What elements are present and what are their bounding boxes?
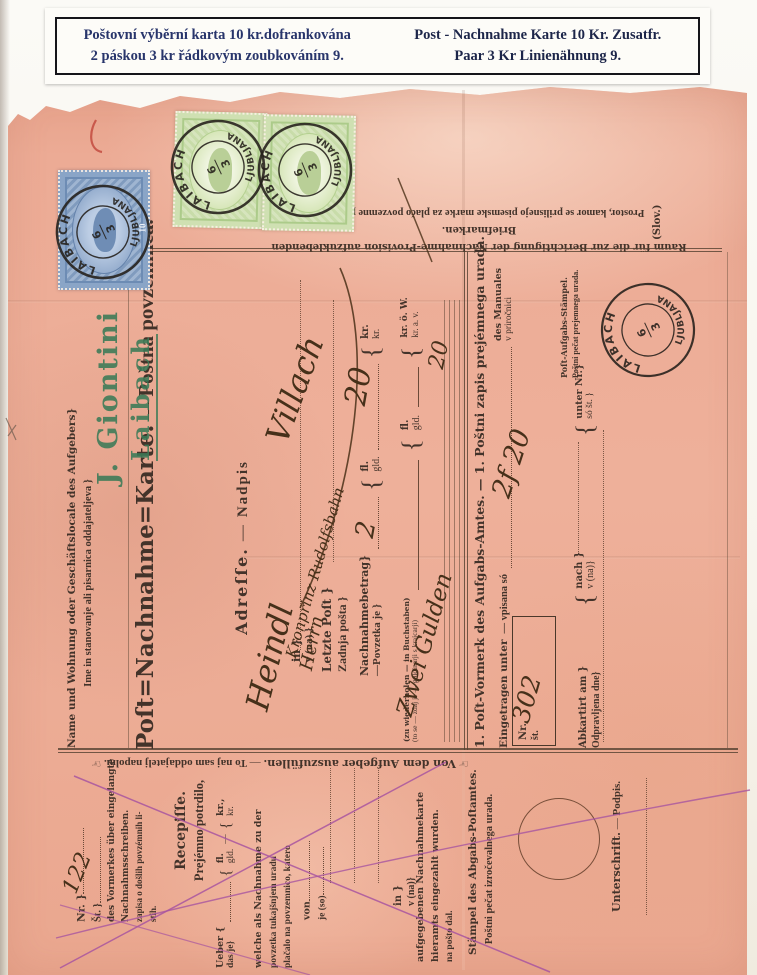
amount-dash: — (221, 834, 231, 844)
vormerk-line4: stih. (147, 760, 161, 922)
amount-label: Nachnahmebetrag} —Povzetka je } (359, 555, 383, 676)
open-brace: { (217, 869, 235, 876)
collector-label: Poštovní výběrní karta 10 kr.dofrankován… (45, 8, 710, 84)
top-rule-1 (128, 248, 722, 249)
signature-dash: — (611, 818, 623, 829)
abkartirt-german: Abkartirt am } (578, 626, 591, 748)
receipt-kr: kr., (216, 799, 226, 816)
receipt-nr-slovene: Št. } (93, 903, 104, 922)
florin2-de: fl. (400, 415, 411, 430)
section-rule-2 (58, 752, 738, 753)
amount-figures-row: Nachnahmebetrag} —Povzetka je } { fl. gl… (356, 256, 386, 676)
receipt-dotted-1 (330, 768, 331, 883)
receipt-nr-german: Nr. } (75, 894, 87, 922)
von-label: von je (so) (300, 810, 330, 920)
von-slovene: je (so) (317, 895, 327, 920)
column-separator-1 (464, 252, 465, 750)
welche-line1: welche als Nachnahme zu der (252, 740, 267, 968)
florin-de: fl. (360, 456, 371, 471)
entered-german: Eingetragen unter (498, 640, 510, 748)
ueber-slovene: das je} (226, 927, 236, 968)
section-rule-1 (58, 748, 738, 750)
address-dash: — (234, 523, 251, 541)
signature-dotted-line (646, 778, 647, 915)
merchant-handstamp: J. Giontini Laibach (92, 270, 158, 525)
open-brace: { (356, 346, 386, 358)
right-frame-line (727, 252, 728, 748)
postmark-date-month: 3 (218, 157, 233, 169)
vormerk-line1: des Vormerkes über eingelangte (106, 760, 120, 922)
abgabs-stamp-german: Stämpel des Abgabs-Poſtamtes. (466, 783, 482, 955)
amount-label-german: Nachnahmebetrag} (359, 555, 371, 676)
abkartirt-label: Abkartirt am } Odpravljena dne} (578, 626, 603, 748)
column-separator-2 (467, 252, 468, 750)
label-german-line2: Paar 3 Kr Linienähnung 9. (378, 46, 699, 67)
words-ruling-4 (459, 300, 460, 742)
vormerk-line2: Nachnahmsschreiben. (120, 760, 134, 922)
words-ruling-3 (454, 300, 455, 742)
signature-slovene: Podpis. (611, 781, 623, 816)
welche-line2: povzetka tukajšnjem uradu (267, 740, 282, 968)
open-brace: { (217, 822, 235, 829)
kreuzer-bracket: kr. kr. (360, 324, 382, 339)
florin-bracket: fl. gld. (360, 456, 382, 471)
top-rule-2 (128, 251, 722, 252)
florin-sl: gld. (371, 456, 382, 471)
receipt-gld: gld. (226, 849, 236, 864)
receipt-kr2: kr. (226, 799, 236, 816)
aufgabs-stamp-note: Poſt-Aufgabs-Stämpel. Poštni pečat preje… (558, 282, 582, 378)
right-col-dotted (603, 430, 604, 742)
slov-edition-note: (Slov.) (652, 194, 663, 240)
solid-leader (403, 367, 418, 407)
scanned-postal-card-page: Poštovní výběrní karta 10 kr.dofrankován… (0, 0, 757, 975)
receipt-dotted-2 (354, 768, 355, 883)
handwritten-amount-kreuzer: 20 (338, 364, 379, 408)
collector-label-frame: Poštovní výběrní karta 10 kr.dofrankován… (55, 17, 700, 75)
abkartirt-slovene: Odpravljena dne} (591, 626, 604, 748)
label-czech-line2: 2 páskou 3 kr řádkovým zoubkováním 9. (57, 46, 378, 67)
aufgegeben-note: aufgegebenen Nachnahmekarte hieramts ein… (414, 810, 458, 962)
receipt-dotted-3 (378, 768, 379, 883)
address-heading-german: Adreſſe. (232, 547, 251, 635)
vormerk-line3: zapisa o došlih povzémnih li- (133, 760, 147, 922)
last-post-slovene: Zadnja pošta } (335, 570, 350, 672)
vormerk-note: des Vormerkes über eingelangte Nachnahms… (106, 760, 160, 922)
receipt-kreuzer-stack: kr., kr. (216, 799, 237, 816)
recepisse-slovene: Prejémno potrdilo, (191, 753, 208, 908)
post-vormerk-heading-text: 1. Poſt-Vormerk des Aufgabs-Amtes. — 1. … (472, 236, 487, 748)
solid-leader (403, 460, 418, 590)
ueber-stack: Ueber { das je} (216, 927, 237, 968)
entered-slovene: — vpisana só (499, 574, 510, 634)
florin2-sl: gld. (411, 415, 422, 430)
label-german-caption: Post - Nachnahme Karte 10 Kr. Zusatfr. P… (378, 25, 699, 67)
nach-german: nach } (574, 552, 585, 589)
recepisse-heading: Recepiſſe. Prejémno potrdilo, (172, 753, 208, 908)
receipt-in-german: in } (392, 826, 405, 906)
amount-label-slovene: —Povzetka je } (371, 555, 383, 676)
abgabs-stamp-slovene: Poštni pečat izročevalnega urada. (482, 783, 498, 955)
kreuzer-de: kr. (360, 324, 371, 339)
kreuzer-sl: kr. (371, 324, 382, 339)
aufgegeben-line1: aufgegebenen Nachnahmekarte (414, 810, 429, 962)
postmark-date-month: 3 (648, 320, 663, 332)
aufgegeben-line2: hieramts eingezahlt wurden. (429, 810, 444, 962)
recepisse-german: Recepiſſe. (172, 753, 191, 908)
ueber-german: Ueber { (216, 927, 226, 968)
merchant-name: J. Giontini (92, 270, 126, 525)
label-czech-caption: Poštovní výběrní karta 10 kr.dofrankován… (57, 25, 378, 67)
post-vormerk-heading: 1. Poſt-Vormerk des Aufgabs-Amtes. — 1. … (472, 256, 488, 748)
label-german-line1: Post - Nachnahme Karte 10 Kr. Zusatfr. (378, 25, 699, 46)
manual-bracket: des Manuales v priročnici (494, 268, 515, 341)
aufgegeben-line3: na pošto dal. (443, 810, 458, 962)
nach-stack: nach } v (na)} (574, 552, 596, 589)
aufgabs-stamp-slovene: Poštni pečat prejemnega urada. (570, 282, 582, 378)
ueber-row: Ueber { das je} { fl. gld. — { kr., kr. (216, 728, 237, 968)
kreuzer-av: kr. a. v. (411, 297, 421, 337)
welche-line3: plačalo na povzemnico, katero (281, 740, 296, 968)
nach-bracket: { nach } v (na)} (570, 536, 600, 606)
under-nr-slovene: só št. } (585, 364, 595, 419)
pointing-hand-icon: ☞ (91, 757, 101, 770)
sender-note-german: Name und Wohnung oder Geschäftslocale de… (64, 418, 81, 748)
nach-slovene: v (na)} (585, 552, 596, 589)
stamp-placeholder-circle (518, 798, 600, 880)
signature-german: Unterschrift. (610, 832, 623, 912)
aufgabs-stamp-german: Poſt-Aufgabs-Stämpel. (558, 282, 570, 378)
open-brace: { (396, 439, 426, 451)
von-german: von (302, 901, 313, 920)
dotted-leader (222, 882, 232, 922)
welche-note: welche als Nachnahme zu der povzetka tuk… (252, 740, 296, 968)
address-heading-slovene: Nadpis (235, 460, 251, 517)
manual-slovene: v priročnici (504, 268, 514, 341)
open-brace: { (570, 594, 600, 606)
open-brace: { (396, 347, 426, 359)
florin-bracket-2: fl. gld. (400, 415, 422, 430)
dotted-leader (315, 847, 325, 895)
abgabs-stamp-note: Stämpel des Abgabs-Poſtamtes. Poštni peč… (466, 783, 498, 955)
address-heading: Adreſſe. — Nadpis (232, 440, 252, 655)
label-czech-line1: Poštovní výběrní karta 10 kr.dofrankován… (57, 25, 378, 46)
merchant-city: Laibach (126, 334, 158, 461)
receipt-florin-stack: fl. gld. (216, 849, 237, 864)
receipt-fl: fl. (216, 849, 226, 864)
kreuzer-oew-bracket: kr. ö. W. kr. a. v. (401, 297, 421, 337)
pointing-hand-icon: ☞ (459, 757, 469, 770)
postmark-date-month: 3 (305, 161, 320, 173)
open-brace: { (570, 424, 600, 436)
postmark-date-month: 3 (103, 222, 118, 234)
open-brace: { (356, 479, 386, 491)
manual-german: des Manuales (494, 268, 504, 341)
dotted-leader (300, 841, 310, 901)
signature-label: Unterschrift. — Podpis. (610, 764, 623, 912)
